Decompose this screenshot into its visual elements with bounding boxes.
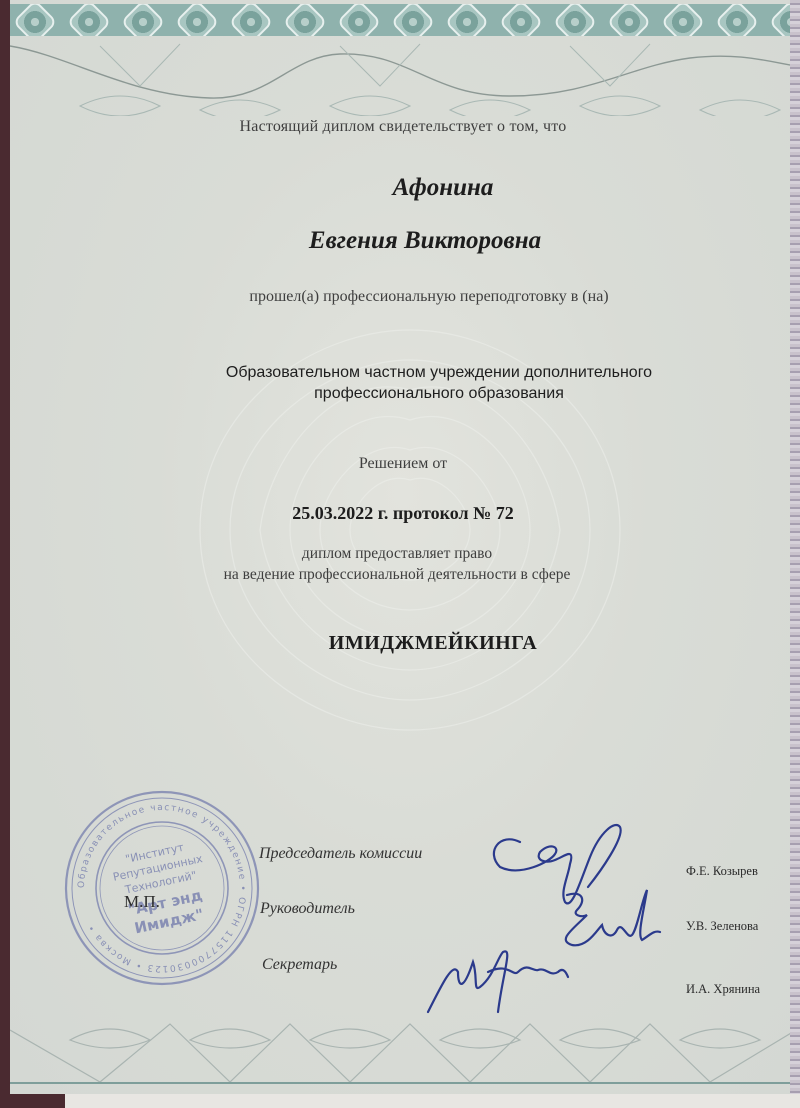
diploma-page: Настоящий диплом свидетельствует о том, … [10,0,796,1096]
organization-name: Образовательном частном учреждении допол… [46,362,796,404]
official-stamp: Образовательное частное учреждение • ОГР… [62,788,262,988]
signatory-name-chairman: Ф.Е. Козырев [686,864,758,879]
top-guilloche-pattern [10,36,796,116]
role-chairman: Председатель комиссии [259,845,422,863]
grants-line-1: диплом предоставляет право [10,543,790,564]
role-director: Руководитель [260,900,355,918]
decision-protocol: 25.03.2022 г. протокол № 72 [10,503,796,524]
decision-label: Решением от [10,455,796,473]
signature-director [542,880,672,960]
bottom-rule [10,1082,796,1084]
signature-chairman [480,812,640,922]
organization-line-2: профессионального образования [46,383,796,404]
completed-text: прошел(а) профессиональную переподготовк… [36,288,796,306]
recipient-surname: Афонина [50,174,796,202]
intro-text: Настоящий диплом свидетельствует о том, … [10,118,796,136]
page-edge [790,0,800,1108]
recipient-given-names: Евгения Викторовна [32,227,796,255]
grants-text: диплом предоставляет право на ведение пр… [10,543,790,585]
grants-line-2: на ведение профессиональной деятельности… [10,564,790,585]
signatory-name-director: У.В. Зеленова [686,919,758,934]
top-ornamental-border [10,4,796,36]
signature-secretary [418,932,588,1022]
signatory-name-secretary: И.А. Хрянина [686,982,760,997]
seal-placeholder-label: М.П. [124,892,160,912]
role-secretary: Секретарь [262,956,337,974]
organization-line-1: Образовательном частном учреждении допол… [46,362,796,383]
bottom-edge [0,1094,800,1108]
qualification-field: ИМИДЖМЕЙКИНГА [40,632,796,655]
bottom-guilloche-pattern [10,1010,796,1090]
